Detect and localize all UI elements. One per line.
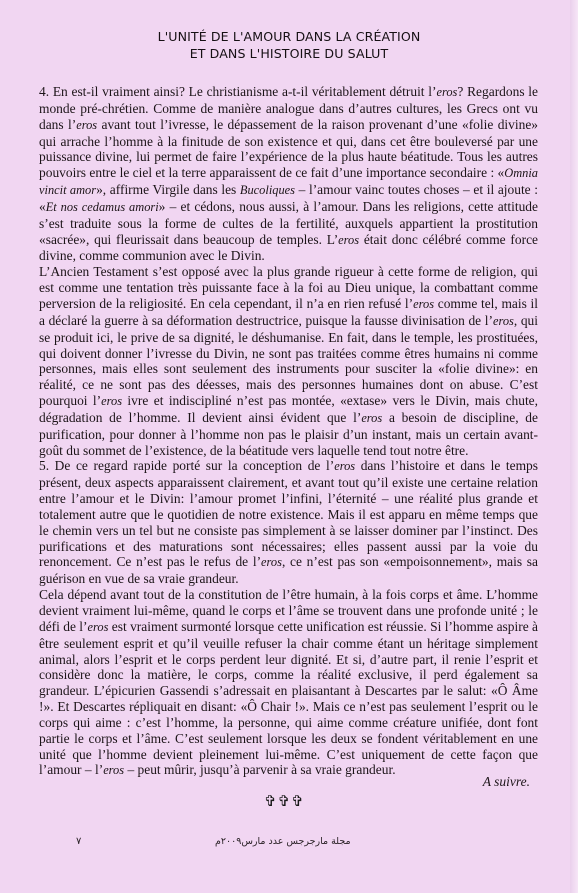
paragraph: L’Ancien Testament s’est opposé avec la … bbox=[39, 264, 538, 458]
italic-term: eros bbox=[413, 297, 434, 311]
crosses-ornament-icon: ✞✞✞ bbox=[264, 792, 305, 811]
italic-term: eros bbox=[261, 555, 282, 569]
text-run: dans l’histoire et dans le temps présent… bbox=[39, 458, 538, 569]
article-title: L'UNITÉ DE L'AMOUR DANS LA CRÉATION ET D… bbox=[0, 28, 578, 62]
italic-term: eros bbox=[101, 394, 122, 408]
text-run: 5. De ce regard rapide porté sur la conc… bbox=[39, 458, 334, 473]
journal-footer: مجلة مارجرجس عدد مارس٢٠٠٩م bbox=[215, 836, 351, 847]
text-run: avant tout l’ivresse, le dépassement de … bbox=[39, 117, 538, 181]
text-run: est vraiment surmonté lorsque cette unif… bbox=[39, 619, 538, 778]
paragraph: 4. En est-il vraiment ainsi? Le christia… bbox=[39, 84, 538, 264]
to-be-continued: A suivre. bbox=[483, 774, 530, 790]
italic-term: eros bbox=[493, 314, 514, 328]
paragraph: Cela dépend avant tout de la constitutio… bbox=[39, 587, 538, 779]
text-run: 4. En est-il vraiment ainsi? Le christia… bbox=[39, 84, 436, 99]
italic-term: Et nos cedamus amori bbox=[46, 200, 159, 214]
italic-term: Bucoliques bbox=[240, 183, 295, 197]
italic-term: eros bbox=[76, 118, 97, 132]
italic-term: eros bbox=[103, 763, 124, 777]
italic-term: eros bbox=[436, 85, 457, 99]
italic-term: eros bbox=[334, 459, 355, 473]
article-body: 4. En est-il vraiment ainsi? Le christia… bbox=[39, 84, 538, 779]
page-number: ٧ bbox=[76, 836, 81, 847]
text-run: – peut mûrir, jusqu’à parvenir à sa vrai… bbox=[124, 762, 395, 777]
page-edge bbox=[570, 0, 578, 893]
italic-term: eros bbox=[361, 411, 382, 425]
title-line-1: L'UNITÉ DE L'AMOUR DANS LA CRÉATION bbox=[0, 28, 578, 45]
italic-term: eros bbox=[88, 620, 109, 634]
italic-term: eros bbox=[338, 233, 359, 247]
text-run: », affirme Virgile dans les bbox=[96, 182, 240, 197]
title-line-2: ET DANS L'HISTOIRE DU SALUT bbox=[0, 45, 578, 62]
paragraph: 5. De ce regard rapide porté sur la conc… bbox=[39, 458, 538, 587]
